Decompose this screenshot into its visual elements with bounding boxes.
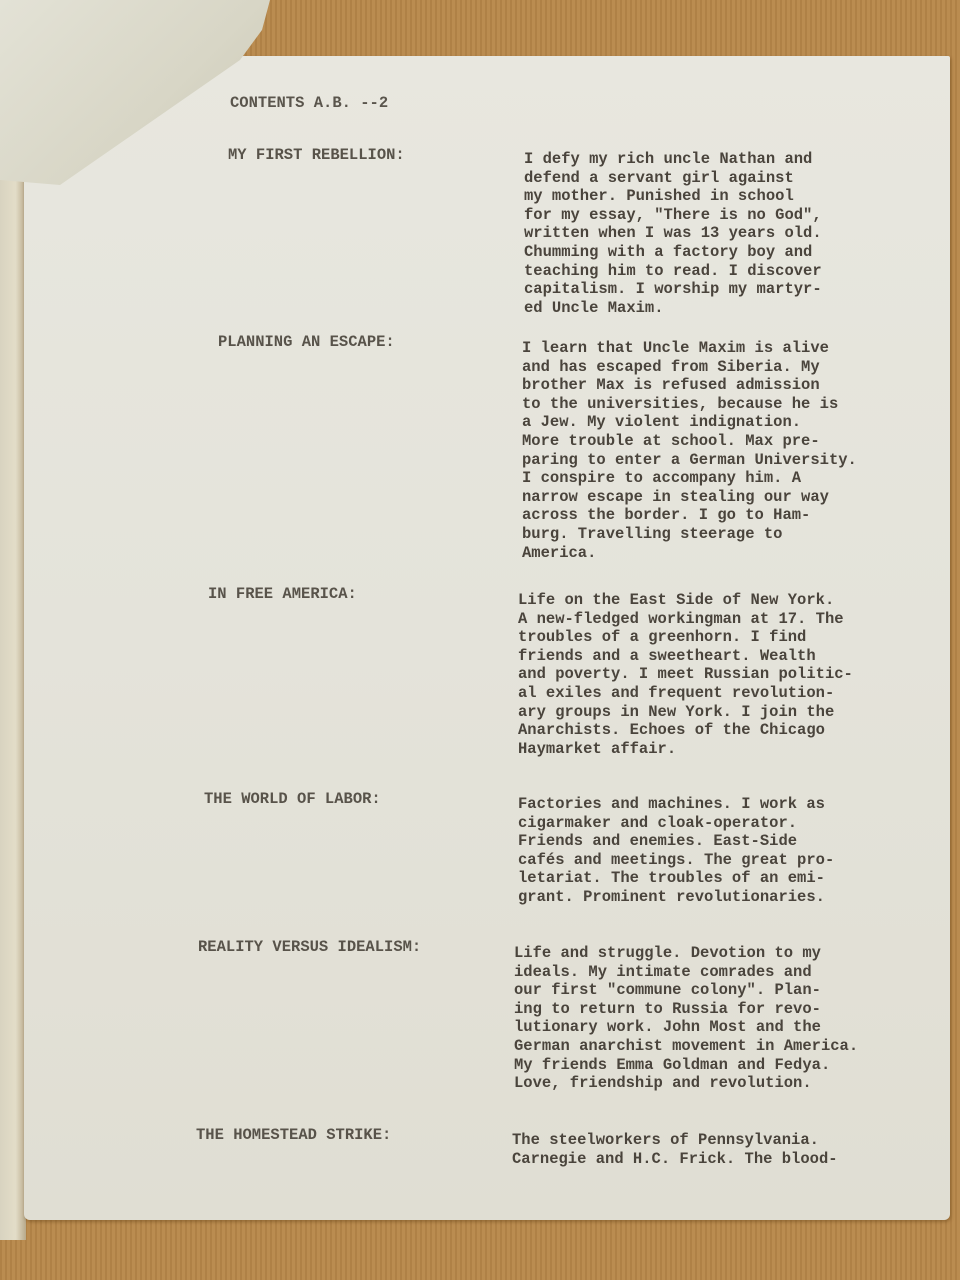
page-header: CONTENTS A.B. --2: [230, 94, 388, 113]
section-title: THE WORLD OF LABOR:: [204, 790, 381, 809]
section-description: Life and struggle. Devotion to my ideals…: [514, 944, 858, 1093]
section-description: I learn that Uncle Maxim is alive and ha…: [522, 339, 857, 562]
section-title: PLANNING AN ESCAPE:: [218, 333, 395, 352]
section-title: REALITY VERSUS IDEALISM:: [198, 938, 421, 957]
facing-page-edge: [0, 180, 26, 1240]
section-description: The steelworkers of Pennsylvania. Carneg…: [512, 1131, 838, 1168]
section-title: IN FREE AMERICA:: [208, 585, 357, 604]
section-title: THE HOMESTEAD STRIKE:: [196, 1126, 391, 1145]
section-title: MY FIRST REBELLION:: [228, 146, 405, 165]
section-description: Factories and machines. I work as cigarm…: [518, 795, 834, 907]
section-description: Life on the East Side of New York. A new…: [518, 591, 853, 758]
section-description: I defy my rich uncle Nathan and defend a…: [524, 150, 822, 317]
